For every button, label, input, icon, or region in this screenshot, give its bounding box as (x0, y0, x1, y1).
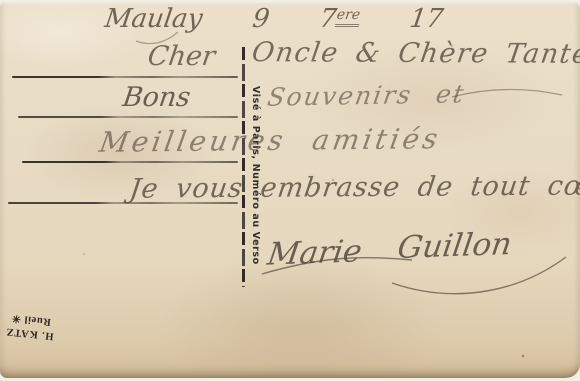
dateline-day: 9 (251, 6, 271, 32)
message-line3: Meilleures amitiés (97, 125, 443, 157)
message-line2-right: Souvenirs et (266, 81, 467, 109)
postcard-back: Visé à Paris, Numéro au Verso H. KATZ Ru… (0, 2, 580, 378)
message-line2-left: Bons (121, 84, 192, 111)
signature-first-name: Marie (266, 236, 364, 270)
signature-last-name: Guillon (395, 229, 513, 264)
address-rule-line-3 (22, 161, 238, 163)
photo-background: Visé à Paris, Numéro au Verso H. KATZ Ru… (0, 0, 580, 381)
dateline-place: Maulay (103, 6, 204, 32)
message-line4: Je vous embrasse de tout cœur (128, 172, 580, 202)
center-dashed-divider (242, 47, 245, 287)
address-rule-line-1 (12, 76, 238, 78)
photographer-stamp: H. KATZ Rueil ✳ (0, 299, 62, 343)
dateline-month: 7ere (318, 6, 361, 32)
address-rule-line-2 (18, 116, 238, 118)
dateline-year: 17 (408, 6, 445, 32)
handwritten-dateline: Maulay 9 7ere 17 (103, 6, 445, 32)
salutation-words-right: Oncle & Chère Tante (250, 39, 580, 68)
salutation-word-left: Cher (146, 43, 217, 70)
dateline-month-superscript: ere (335, 7, 361, 27)
